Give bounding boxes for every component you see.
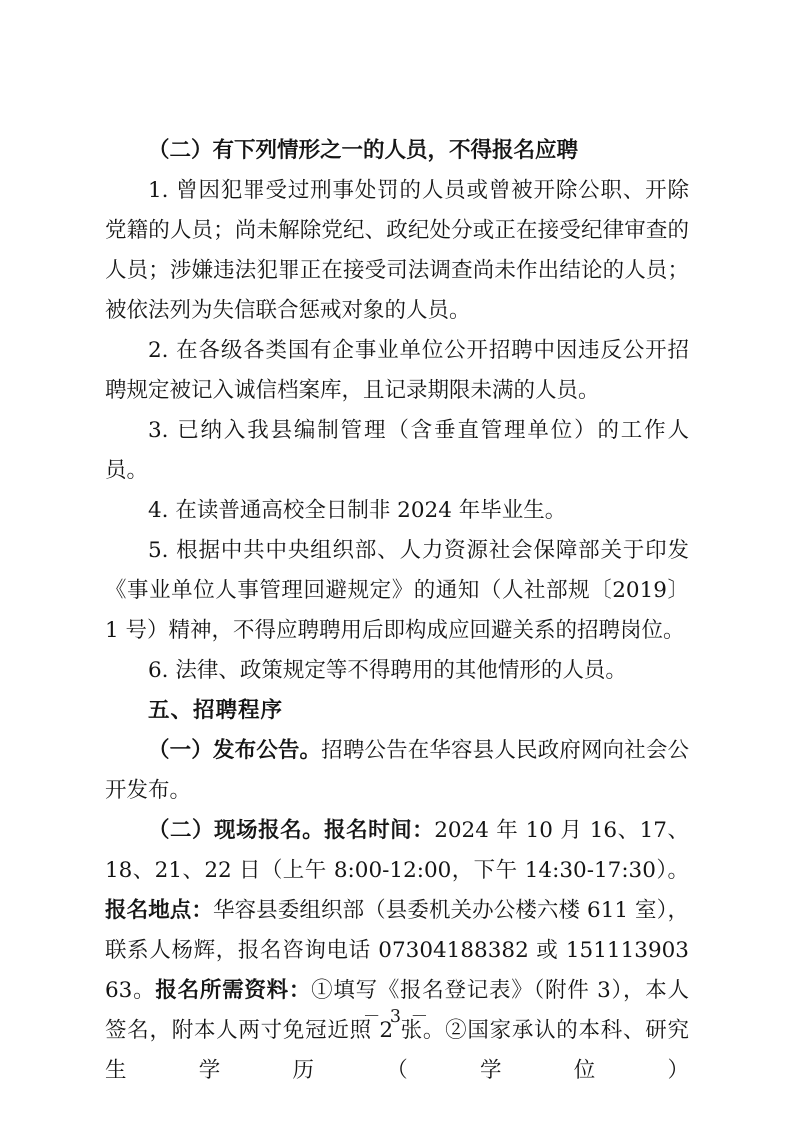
- registration-time-label: 报名时间：: [324, 818, 434, 843]
- registration-place-label: 报名地点：: [105, 898, 213, 923]
- sub-para-onsite-registration: （二）现场报名。报名时间：2024 年 10 月 16、17、18、21、22 …: [105, 811, 689, 1091]
- clause-2-integrity-archive: 2. 在各级各类国有企事业单位公开招聘中因违反公开招聘规定被记入诚信档案库，且记…: [105, 331, 689, 411]
- clause-3-county-staffing: 3. 已纳入我县编制管理（含垂直管理单位）的工作人员。: [105, 411, 689, 491]
- document-body: （二）有下列情形之一的人员，不得报名应聘 1. 曾因犯罪受过刑事处罚的人员或曾被…: [105, 131, 689, 1091]
- onsite-registration-label: （二）现场报名。: [148, 818, 324, 843]
- section-heading-no-register: （二）有下列情形之一的人员，不得报名应聘: [105, 131, 689, 171]
- announcement-label: （一）发布公告。: [148, 738, 321, 763]
- clause-6-other-cases: 6. 法律、政策规定等不得聘用的其他情形的人员。: [105, 651, 689, 691]
- clause-5-avoidance-rule: 5. 根据中共中央组织部、人力资源社会保障部关于印发《事业单位人事管理回避规定》…: [105, 531, 689, 651]
- page-number: － 3 －: [0, 1003, 793, 1028]
- sub-para-announcement: （一）发布公告。招聘公告在华容县人民政府网向社会公开发布。: [105, 731, 689, 811]
- registration-materials-label: 报名所需资料：: [155, 978, 311, 1003]
- document-page: （二）有下列情形之一的人员，不得报名应聘 1. 曾因犯罪受过刑事处罚的人员或曾被…: [0, 0, 793, 1122]
- clause-4-current-students: 4. 在读普通高校全日制非 2024 年毕业生。: [105, 491, 689, 531]
- clause-1-criminal-record: 1. 曾因犯罪受过刑事处罚的人员或曾被开除公职、开除党籍的人员；尚未解除党纪、政…: [105, 171, 689, 331]
- section-heading-recruitment-procedure: 五、招聘程序: [105, 691, 689, 731]
